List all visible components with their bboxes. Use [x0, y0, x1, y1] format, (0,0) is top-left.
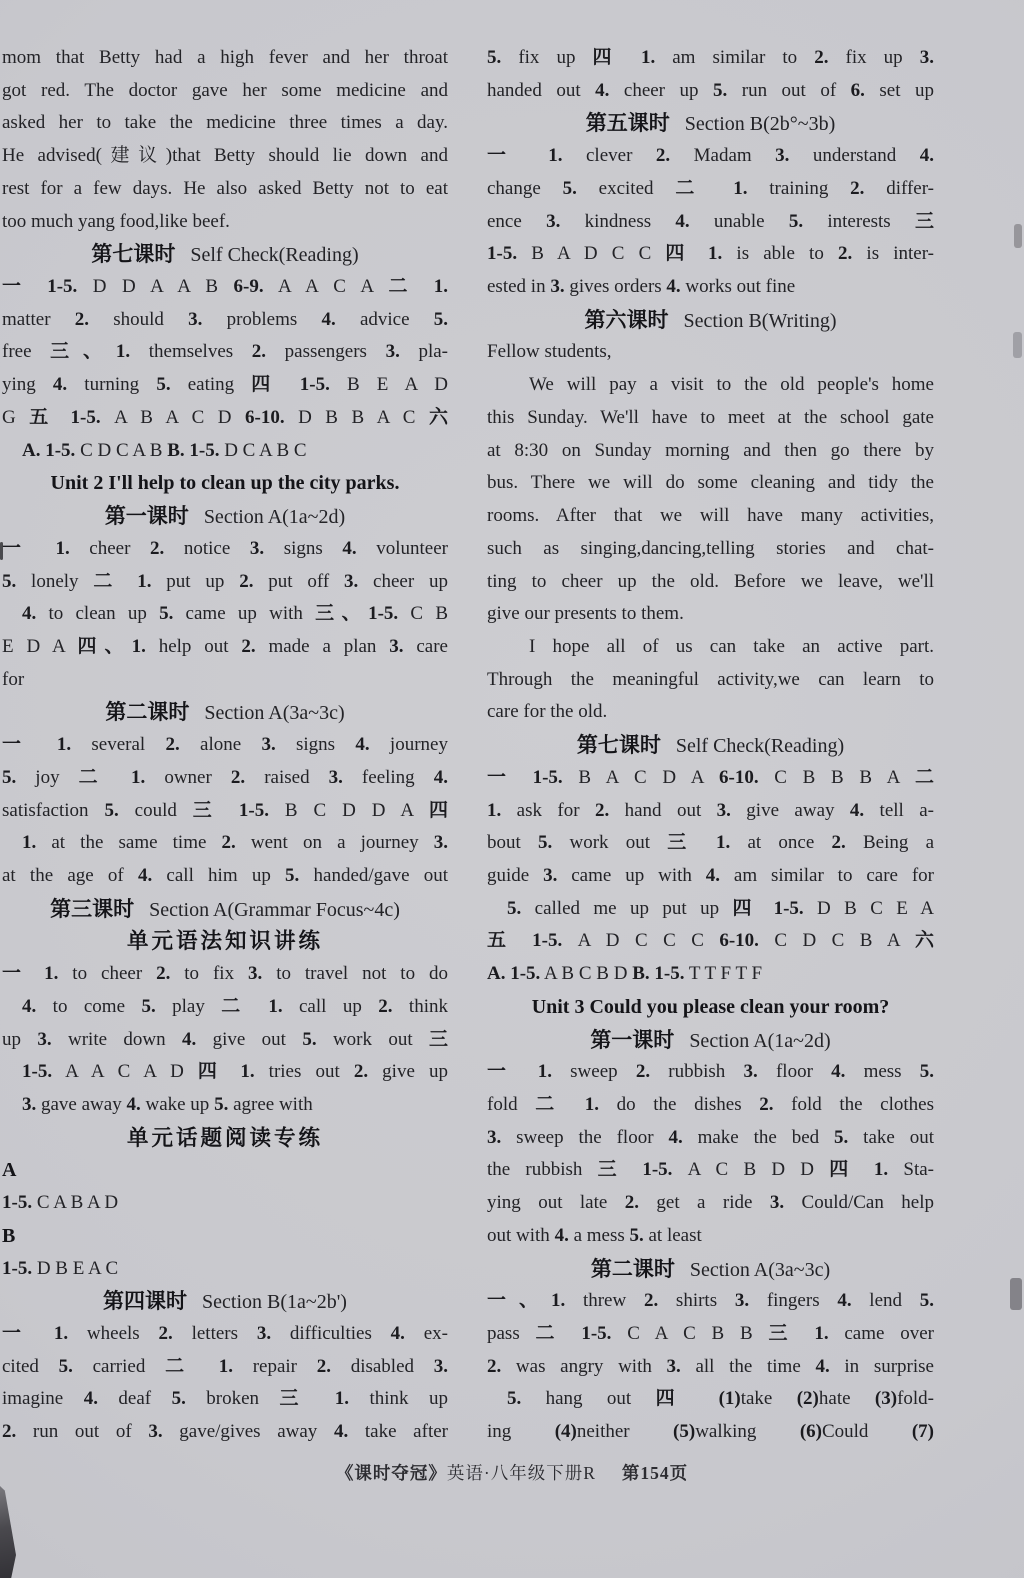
part-label: A	[2, 1154, 448, 1187]
answer-line: too much yang food,like beef.	[2, 206, 448, 239]
answer-line: 2. run out of 3. gave/gives away 4. take…	[2, 1416, 448, 1449]
lesson-number-label: 第二课时	[105, 700, 189, 724]
answer-line: 5. joy 二 1. owner 2. raised 3. feeling 4…	[2, 762, 448, 795]
answer-line: 一、1. threw 2. shirts 3. fingers 4. lend …	[487, 1285, 934, 1318]
answer-line: at 8:30 on Sunday morning and then go th…	[487, 435, 934, 468]
left-column: mom that Betty had a high fever and her …	[2, 42, 448, 1449]
answer-line: 五 1-5. A D C C C 6-10. C D C B A 六	[487, 925, 934, 958]
answer-line: E D A 四、1. help out 2. made a plan 3. ca…	[2, 631, 448, 664]
answer-line: change 5. excited 二 1. training 2. diffe…	[487, 173, 934, 206]
answer-line: 一 1-5. D D A A B 6-9. A A C A 二 1.	[2, 271, 448, 304]
answer-line: We will pay a visit to the old people's …	[487, 369, 934, 402]
lesson-title-label: Section A(3a~3c)	[204, 702, 344, 724]
page-footer: 《课时夺冠》英语·八年级下册R第154页	[0, 1460, 1024, 1485]
answer-line: 5. fix up 四 1. am similar to 2. fix up 3…	[487, 42, 934, 75]
lesson-title-label: Section B(2b°~3b)	[685, 113, 835, 135]
subsection-title: 单元语法知识讲练	[2, 925, 448, 958]
answer-line: bout 5. work out 三 1. at once 2. Being a	[487, 827, 934, 860]
answer-line: 4. to come 5. play 二 1. call up 2. think	[2, 991, 448, 1024]
answer-line: this Sunday. We'll have to meet at the s…	[487, 402, 934, 435]
lesson-title-label: Section A(1a~2d)	[204, 506, 345, 528]
answer-line: 一 1. cheer 2. notice 3. signs 4. volunte…	[2, 533, 448, 566]
answer-line: satisfaction 5. could 三 1-5. B C D D A 四	[2, 795, 448, 828]
lesson-title-label: Section A(1a~2d)	[689, 1030, 830, 1052]
answer-line: for	[2, 664, 448, 697]
edge-smudge	[1010, 1278, 1022, 1310]
answer-line: ence 3. kindness 4. unable 5. interests …	[487, 206, 934, 239]
answer-line: matter 2. should 3. problems 4. advice 5…	[2, 304, 448, 337]
answer-line: ting to cheer up the old. Before we leav…	[487, 566, 934, 599]
lesson-number-label: 第四课时	[103, 1289, 187, 1313]
answer-line: ested in 3. gives orders 4. works out fi…	[487, 271, 934, 304]
footer-brand: 《课时夺冠》	[336, 1463, 447, 1483]
section-heading: 第二课时Section A(3a~3c)	[487, 1253, 934, 1286]
answer-line: handed out 4. cheer up 5. run out of 6. …	[487, 75, 934, 108]
lesson-number-label: 第一课时	[590, 1028, 674, 1052]
answer-line: 一 1-5. B A C D A 6-10. C B B B A 二	[487, 762, 934, 795]
answer-line: the rubbish 三 1-5. A C B D D 四 1. Sta-	[487, 1154, 934, 1187]
edge-smudge	[1014, 224, 1022, 248]
right-column: 5. fix up 四 1. am similar to 2. fix up 3…	[487, 42, 934, 1449]
unit-title: Unit 3 Could you please clean your room?	[487, 991, 934, 1024]
page-corner-shadow	[0, 1486, 16, 1578]
answer-line: imagine 4. deaf 5. broken 三 1. think up	[2, 1383, 448, 1416]
answer-line: Through the meaningful activity,we can l…	[487, 664, 934, 697]
answer-line: 1. at the same time 2. went on a journey…	[2, 827, 448, 860]
lesson-title-label: Section B(1a~2b')	[202, 1291, 347, 1313]
answer-line: 1-5. C A B A D	[2, 1187, 448, 1220]
section-heading: 第二课时Section A(3a~3c)	[2, 696, 448, 729]
section-heading: 第一课时Section A(1a~2d)	[2, 500, 448, 533]
part-label: B	[2, 1220, 448, 1253]
answer-line: mom that Betty had a high fever and her …	[2, 42, 448, 75]
answer-line: give our presents to them.	[487, 598, 934, 631]
lesson-number-label: 第一课时	[105, 504, 189, 528]
lesson-title-label: Section A(3a~3c)	[690, 1259, 830, 1281]
answer-line: ying 4. turning 5. eating 四 1-5. B E A D	[2, 369, 448, 402]
edge-smudge	[1013, 332, 1022, 358]
answer-line: bus. There we will do some cleaning and …	[487, 467, 934, 500]
section-heading: 第七课时Self Check(Reading)	[487, 729, 934, 762]
answer-line: guide 3. came up with 4. am similar to c…	[487, 860, 934, 893]
lesson-title-label: Section A(Grammar Focus~4c)	[149, 899, 400, 921]
answer-line: 4. to clean up 5. came up with 三、1-5. C …	[2, 598, 448, 631]
answer-line: 2. was angry with 3. all the time 4. in …	[487, 1351, 934, 1384]
answer-line: 一 1. sweep 2. rubbish 3. floor 4. mess 5…	[487, 1056, 934, 1089]
answer-line: G 五 1-5. A B A C D 6-10. D B B A C 六	[2, 402, 448, 435]
lesson-number-label: 第五课时	[586, 111, 670, 135]
answer-line: Fellow students,	[487, 336, 934, 369]
subsection-title: 单元话题阅读专练	[2, 1122, 448, 1155]
answer-key-page: mom that Betty had a high fever and her …	[0, 0, 1024, 1578]
answer-line: care for the old.	[487, 696, 934, 729]
section-heading: 第三课时Section A(Grammar Focus~4c)	[2, 893, 448, 926]
answer-line: at the age of 4. call him up 5. handed/g…	[2, 860, 448, 893]
section-heading: 第六课时Section B(Writing)	[487, 304, 934, 337]
answer-line: 1-5. D B E A C	[2, 1253, 448, 1286]
footer-page-number: 第154页	[622, 1463, 688, 1483]
answer-line: rooms. After that we will have many acti…	[487, 500, 934, 533]
answer-line: rest for a few days. He also asked Betty…	[2, 173, 448, 206]
answer-line: He advised(建议)that Betty should lie down…	[2, 140, 448, 173]
footer-subject: 英语·八年级下册R	[447, 1463, 596, 1483]
answer-line: 3. sweep the floor 4. make the bed 5. ta…	[487, 1122, 934, 1155]
answer-line: up 3. write down 4. give out 5. work out…	[2, 1024, 448, 1057]
answer-line: A. 1-5. C D C A B B. 1-5. D C A B C	[2, 435, 448, 468]
answer-line: out with 4. a mess 5. at least	[487, 1220, 934, 1253]
answer-line: 一 1. to cheer 2. to fix 3. to travel not…	[2, 958, 448, 991]
section-heading: 第五课时Section B(2b°~3b)	[487, 107, 934, 140]
answer-line: 1-5. B A D C C 四 1. is able to 2. is int…	[487, 238, 934, 271]
answer-line: got red. The doctor gave her some medici…	[2, 75, 448, 108]
section-heading: 第一课时Section A(1a~2d)	[487, 1024, 934, 1057]
answer-line: free 三、1. themselves 2. passengers 3. pl…	[2, 336, 448, 369]
lesson-title-label: Self Check(Reading)	[676, 735, 844, 757]
lesson-title-label: Section B(Writing)	[683, 310, 836, 332]
lesson-title-label: Self Check(Reading)	[190, 244, 358, 266]
lesson-number-label: 第二课时	[591, 1257, 675, 1281]
answer-line: ing (4)neither (5)walking (6)Could (7)	[487, 1416, 934, 1449]
section-heading: 第七课时Self Check(Reading)	[2, 238, 448, 271]
unit-title: Unit 2 I'll help to clean up the city pa…	[2, 467, 448, 500]
answer-line: 5. lonely 二 1. put up 2. put off 3. chee…	[2, 566, 448, 599]
answer-line: 一 1. clever 2. Madam 3. understand 4.	[487, 140, 934, 173]
answer-line: ying out late 2. get a ride 3. Could/Can…	[487, 1187, 934, 1220]
answer-line: 1. ask for 2. hand out 3. give away 4. t…	[487, 795, 934, 828]
answer-line: 一 1. several 2. alone 3. signs 4. journe…	[2, 729, 448, 762]
answer-line: I hope all of us can take an active part…	[487, 631, 934, 664]
edge-smudge	[0, 542, 3, 560]
answer-line: fold 二 1. do the dishes 2. fold the clot…	[487, 1089, 934, 1122]
section-heading: 第四课时Section B(1a~2b')	[2, 1285, 448, 1318]
answer-line: cited 5. carried 二 1. repair 2. disabled…	[2, 1351, 448, 1384]
answer-line: pass 二 1-5. C A C B B 三 1. came over	[487, 1318, 934, 1351]
lesson-number-label: 第七课时	[91, 242, 175, 266]
answer-line: 5. hang out 四 (1)take (2)hate (3)fold-	[487, 1383, 934, 1416]
lesson-number-label: 第六课时	[584, 308, 668, 332]
answer-line: 5. called me up put up 四 1-5. D B C E A	[487, 893, 934, 926]
answer-line: asked her to take the medicine three tim…	[2, 107, 448, 140]
answer-line: 1-5. A A C A D 四 1. tries out 2. give up	[2, 1056, 448, 1089]
lesson-number-label: 第三课时	[50, 897, 134, 921]
answer-line: such as singing,dancing,telling stories …	[487, 533, 934, 566]
answer-line: A. 1-5. A B C B D B. 1-5. T T F T F	[487, 958, 934, 991]
answer-line: 一 1. wheels 2. letters 3. difficulties 4…	[2, 1318, 448, 1351]
answer-line: 3. gave away 4. wake up 5. agree with	[2, 1089, 448, 1122]
lesson-number-label: 第七课时	[577, 733, 661, 757]
